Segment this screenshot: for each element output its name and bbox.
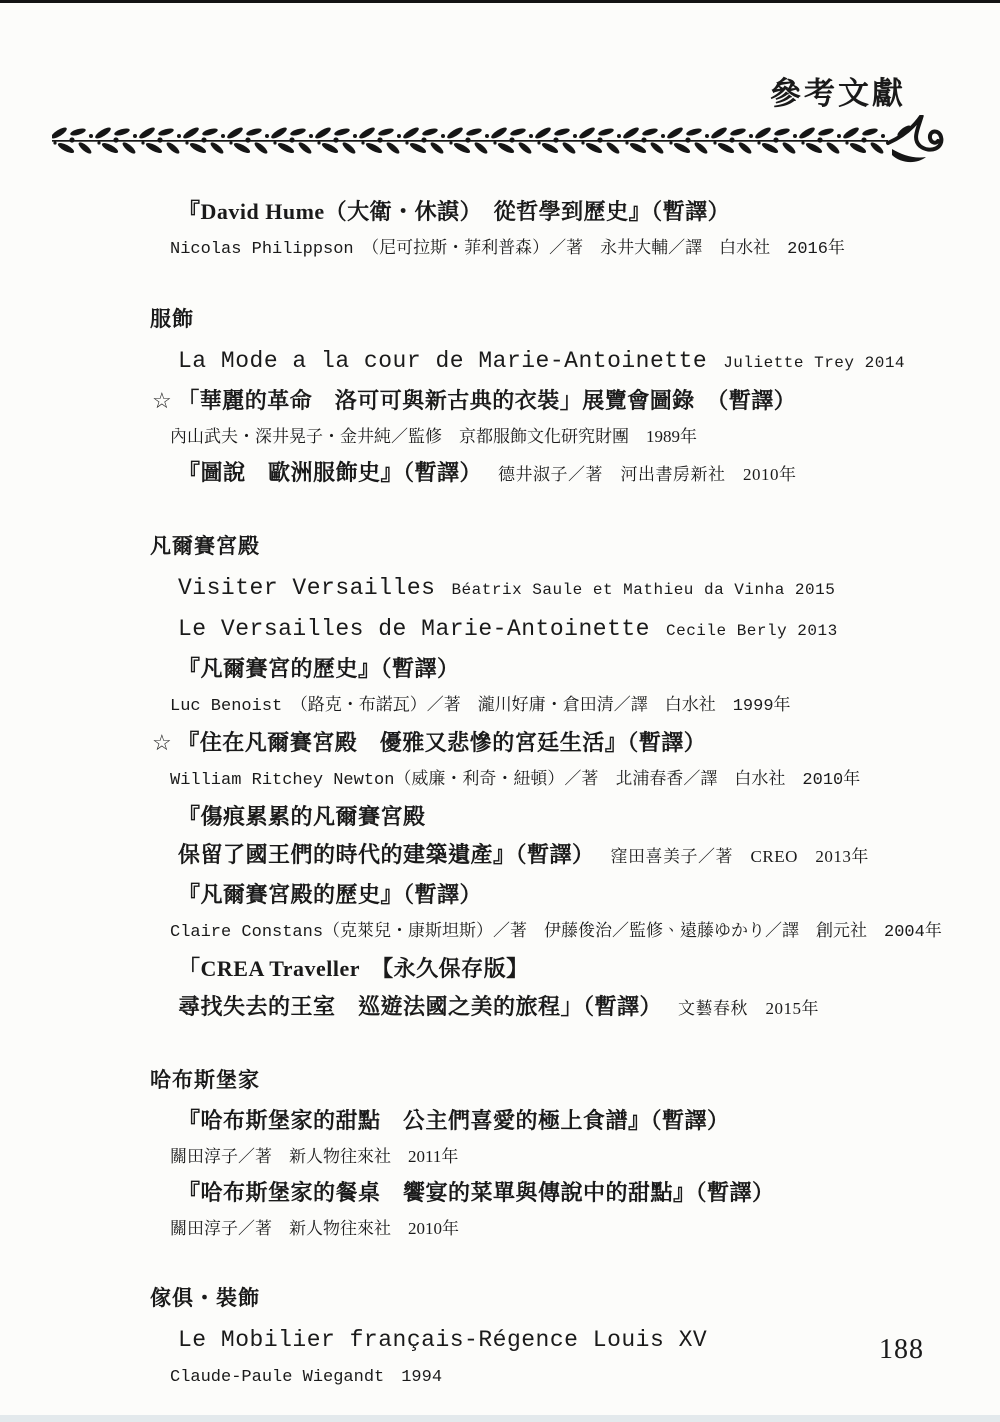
reference-credit: 關田淳子／著 新人物往來社 2010年 [170, 1212, 960, 1246]
section-heading: 服飾 [150, 305, 960, 335]
reference-title: Le Versailles de Marie-AntoinetteCecile … [178, 609, 960, 650]
reference-title: La Mode a la cour de Marie-AntoinetteJul… [178, 341, 960, 382]
section-david-hume: 『David Hume（大衛・休謨） 從哲學到歷史』（暫譯） Nicolas P… [150, 193, 960, 267]
reference-credit: Claire Constans（克萊兒・康斯坦斯）／著 伊藤俊治／監修、遠藤ゆか… [170, 914, 960, 950]
reference-title-starred: ☆「華麗的革命 洛可可與新古典的衣裝」展覽會圖錄 （暫譯） [152, 382, 960, 420]
book-page: { "colors": { "ink": "#1a1a1a", "paper":… [0, 0, 1000, 1422]
section-habsburg: 哈布斯堡家 『哈布斯堡家的甜點 公主們喜愛的極上食譜』（暫譯） 關田淳子／著 新… [150, 1066, 960, 1246]
floral-border-ornament [52, 115, 1000, 169]
reference-title: 『David Hume（大衛・休謨） 從哲學到歷史』（暫譯） [178, 193, 960, 231]
reference-credit: 內山武夫・深井晃子・金井純／監修 京都服飾文化研究財團 1989年 [170, 420, 960, 454]
page-number: 188 [879, 1334, 924, 1366]
page-bottom-edge [0, 1415, 1000, 1422]
reference-credit: William Ritchey Newton（威廉・利奇・紐頓）／著 北浦春香／… [170, 762, 960, 798]
reference-list: 『David Hume（大衛・休謨） 從哲學到歷史』（暫譯） Nicolas P… [0, 169, 1000, 1395]
section-heading: 哈布斯堡家 [150, 1066, 960, 1096]
floral-vine-icon [52, 115, 954, 169]
reference-title: 保留了國王們的時代的建築遺產』（暫譯）窪田喜美子／著 CREO 2013年 [178, 836, 960, 876]
reference-title: 『圖說 歐洲服飾史』（暫譯）德井淑子／著 河出書房新社 2010年 [178, 454, 960, 494]
reference-title: Visiter VersaillesBéatrix Saule et Mathi… [178, 568, 960, 609]
reference-credit: Luc Benoist （路克・布諾瓦）／著 瀧川好庸・倉田清／譯 白水社 19… [170, 688, 960, 724]
section-clothing: 服飾 La Mode a la cour de Marie-Antoinette… [150, 305, 960, 494]
reference-title: 『哈布斯堡家的甜點 公主們喜愛的極上食譜』（暫譯） [178, 1102, 960, 1140]
reference-title: 『凡爾賽宮殿的歷史』（暫譯） [178, 876, 960, 914]
page-title: 參考文獻 [770, 76, 906, 111]
page-top-edge [0, 0, 1000, 3]
flourish-icon [888, 115, 941, 162]
reference-title: Le Mobilier français-Régence Louis XV [178, 1320, 960, 1359]
reference-title: 『凡爾賽宮的歷史』（暫譯） [178, 650, 960, 688]
section-heading: 傢俱・裝飾 [150, 1284, 960, 1314]
reference-credit: 關田淳子／著 新人物往來社 2011年 [170, 1140, 960, 1174]
reference-title-starred: ☆『住在凡爾賽宮殿 優雅又悲慘的宮廷生活』（暫譯） [152, 724, 960, 762]
reference-title: 『傷痕累累的凡爾賽宮殿 [178, 798, 960, 836]
reference-credit: Claude-Paule Wiegandt 1994 [170, 1359, 960, 1395]
reference-credit: Nicolas Philippson （尼可拉斯・菲利普森）／著 永井大輔／譯 … [170, 231, 960, 267]
reference-title: 「CREA Traveller 【永久保存版】 [178, 950, 960, 988]
section-versailles: 凡爾賽宮殿 Visiter VersaillesBéatrix Saule et… [150, 532, 960, 1028]
reference-title: 尋找失去的王室 巡遊法國之美的旅程」（暫譯）文藝春秋 2015年 [178, 988, 960, 1028]
section-heading: 凡爾賽宮殿 [150, 532, 960, 562]
section-furniture: 傢俱・裝飾 Le Mobilier français-Régence Louis… [150, 1284, 960, 1395]
reference-title: 『哈布斯堡家的餐桌 饗宴的菜單與傳說中的甜點』（暫譯） [178, 1174, 960, 1212]
page-header: 參考文獻 [0, 0, 906, 113]
star-marker: ☆ [152, 382, 172, 420]
star-marker: ☆ [152, 724, 172, 762]
